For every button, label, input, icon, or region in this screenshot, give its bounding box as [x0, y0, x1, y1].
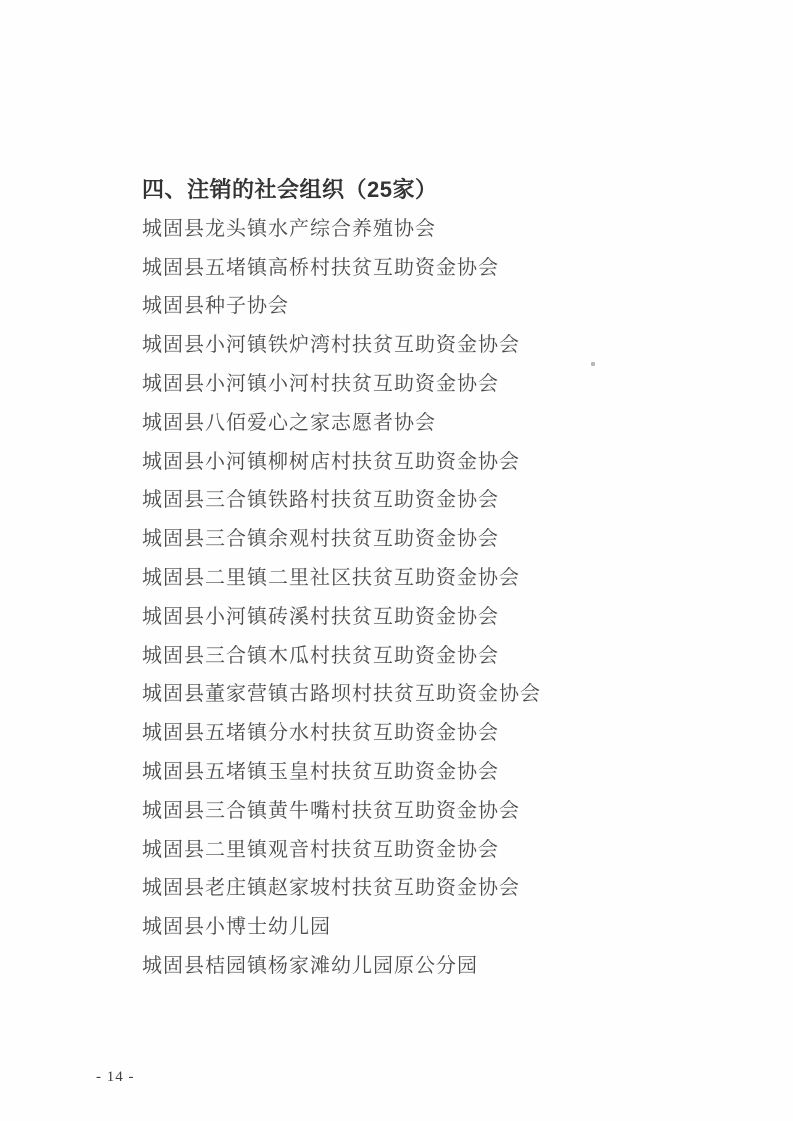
org-list-item: 城固县五堵镇玉皇村扶贫互助资金协会 — [142, 753, 763, 792]
org-list-item: 城固县小河镇铁炉湾村扶贫互助资金协会 — [142, 326, 763, 365]
org-list-item: 城固县小河镇砖溪村扶贫互助资金协会 — [142, 598, 763, 637]
document-page: 四、注销的社会组织（25家） 城固县龙头镇水产综合养殖协会城固县五堵镇高桥村扶贫… — [0, 0, 793, 1121]
org-list-item: 城固县八佰爱心之家志愿者协会 — [142, 404, 763, 443]
page-number: - 14 - — [96, 1069, 135, 1086]
org-list-item: 城固县种子协会 — [142, 287, 763, 326]
org-list-item: 城固县小河镇小河村扶贫互助资金协会 — [142, 365, 763, 404]
org-list-item: 城固县三合镇黄牛嘴村扶贫互助资金协会 — [142, 792, 763, 831]
section-heading: 四、注销的社会组织（25家） — [142, 171, 763, 210]
org-list-item: 城固县三合镇木瓜村扶贫互助资金协会 — [142, 637, 763, 676]
org-list: 城固县龙头镇水产综合养殖协会城固县五堵镇高桥村扶贫互助资金协会城固县种子协会城固… — [142, 210, 763, 986]
org-list-item: 城固县三合镇余观村扶贫互助资金协会 — [142, 520, 763, 559]
org-list-item: 城固县小博士幼儿园 — [142, 908, 763, 947]
org-list-item: 城固县龙头镇水产综合养殖协会 — [142, 210, 763, 249]
org-list-item: 城固县二里镇观音村扶贫互助资金协会 — [142, 831, 763, 870]
org-list-item: 城固县三合镇铁路村扶贫互助资金协会 — [142, 481, 763, 520]
org-list-item: 城固县五堵镇分水村扶贫互助资金协会 — [142, 714, 763, 753]
org-list-item: 城固县桔园镇杨家滩幼儿园原公分园 — [142, 947, 763, 986]
org-list-item: 城固县五堵镇高桥村扶贫互助资金协会 — [142, 249, 763, 288]
org-list-item: 城固县董家营镇古路坝村扶贫互助资金协会 — [142, 675, 763, 714]
scan-artifact-dot — [591, 362, 595, 366]
document-content: 四、注销的社会组织（25家） 城固县龙头镇水产综合养殖协会城固县五堵镇高桥村扶贫… — [142, 171, 763, 986]
org-list-item: 城固县老庄镇赵家坡村扶贫互助资金协会 — [142, 869, 763, 908]
org-list-item: 城固县二里镇二里社区扶贫互助资金协会 — [142, 559, 763, 598]
org-list-item: 城固县小河镇柳树店村扶贫互助资金协会 — [142, 443, 763, 482]
